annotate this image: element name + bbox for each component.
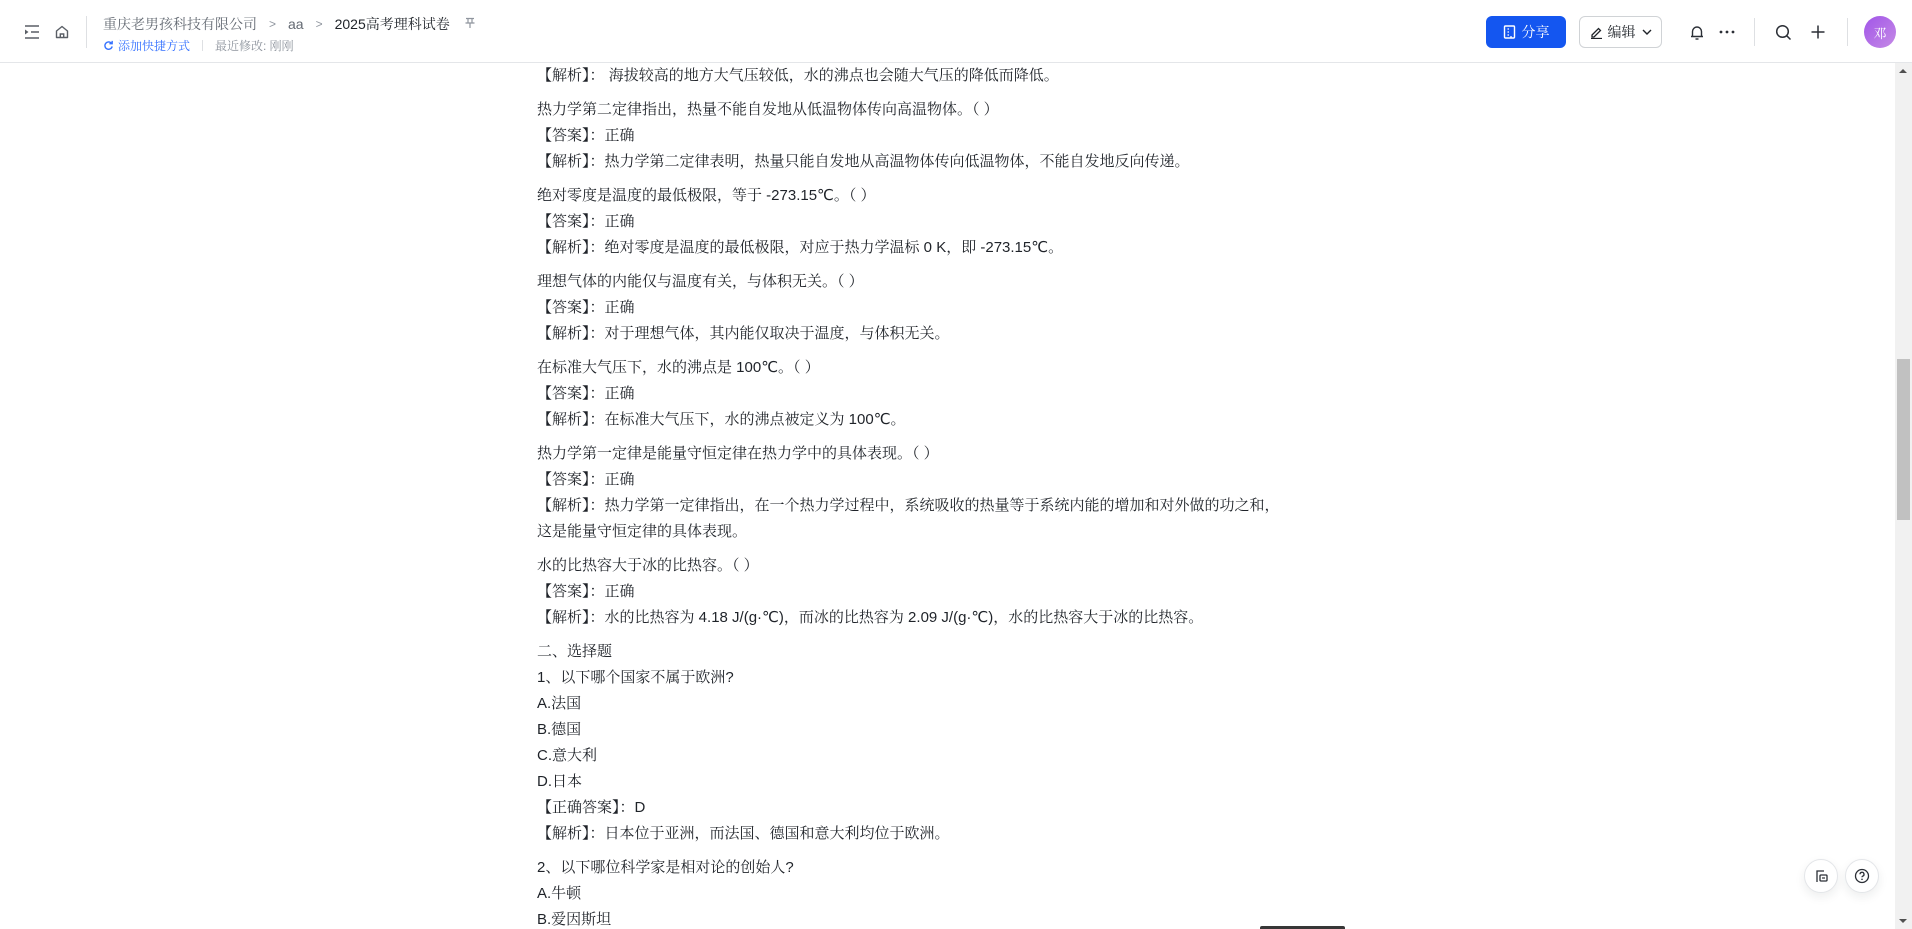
option: B.德国 xyxy=(537,717,1357,743)
answer-value: 正确 xyxy=(605,583,635,600)
answer-label: 【答案】： xyxy=(537,127,605,144)
divider xyxy=(86,16,87,48)
analysis-label: 【解析】： xyxy=(537,609,605,626)
last-modified: 最近修改: 刚刚 xyxy=(215,37,294,54)
help-icon xyxy=(1854,868,1870,884)
divider xyxy=(1754,18,1755,46)
option: D.日本 xyxy=(537,769,1357,795)
analysis-label: 【解析】： xyxy=(537,497,605,514)
chevron-down-icon xyxy=(1642,29,1652,35)
analysis-line: 【解析】：对于理想气体，其内能仅取决于温度，与体积无关。 xyxy=(537,321,1357,347)
sidebar-toggle-icon[interactable] xyxy=(20,20,44,44)
answer-value: 正确 xyxy=(605,471,635,488)
answer-line: 【答案】：正确 xyxy=(537,579,1357,605)
question-text: 绝对零度是温度的最低极限，等于 -273.15℃。（ ） xyxy=(537,183,1357,209)
chevron-right-icon: > xyxy=(316,17,323,31)
comment-doc-icon xyxy=(1814,869,1829,884)
analysis-text: 海拔较高的地方大气压较低，水的沸点也会随大气压的降低而降低。 xyxy=(609,67,1059,84)
answer-line: 【答案】：正确 xyxy=(537,381,1357,407)
analysis-label: 【解析】： xyxy=(537,153,605,170)
doc-meta: 添加快捷方式 最近修改: 刚刚 xyxy=(103,37,294,53)
edit-label: 编辑 xyxy=(1608,22,1636,42)
answer-label: 【答案】： xyxy=(537,583,605,600)
building-icon xyxy=(1503,25,1516,39)
home-icon[interactable] xyxy=(50,20,74,44)
answer-line: 【答案】：正确 xyxy=(537,123,1357,149)
analysis-line: 【解析】：绝对零度是温度的最低极限，对应于热力学温标 0 K，即 -273.15… xyxy=(537,235,1357,261)
analysis-label: 【解析】： xyxy=(537,411,605,428)
scroll-down-arrow-icon[interactable] xyxy=(1899,919,1907,923)
more-icon[interactable] xyxy=(1715,20,1739,44)
answer-line: 【答案】：正确 xyxy=(537,209,1357,235)
analysis-label: 【解析】： xyxy=(537,239,605,256)
correct-answer-label: 【正确答案】： xyxy=(537,799,635,816)
plus-icon[interactable] xyxy=(1806,20,1830,44)
add-shortcut-label: 添加快捷方式 xyxy=(118,37,190,54)
analysis-label: 【解析】： xyxy=(537,825,605,842)
answer-label: 【答案】： xyxy=(537,471,605,488)
document-title[interactable]: 2025高考理科试卷 xyxy=(335,14,450,34)
answer-label: 【答案】： xyxy=(537,213,605,230)
edit-button[interactable]: 编辑 xyxy=(1579,16,1662,48)
vertical-scrollbar[interactable] xyxy=(1895,63,1912,929)
pencil-icon xyxy=(1590,26,1603,39)
breadcrumb-item-folder[interactable]: aa xyxy=(288,16,304,32)
analysis-line: 【解析】：日本位于亚洲，而法国、德国和意大利均位于欧洲。 xyxy=(537,821,1357,847)
divider xyxy=(202,40,203,51)
analysis-text: 热力学第二定律表明，热量只能自发地从高温物体传向低温物体，不能自发地反向传递。 xyxy=(605,153,1190,170)
analysis-label: 【解析】： xyxy=(537,325,605,342)
question-text: 在标准大气压下，水的沸点是 100℃。（ ） xyxy=(537,355,1357,381)
chevron-right-icon: > xyxy=(269,17,276,31)
answer-value: 正确 xyxy=(605,127,635,144)
correct-answer-line: 【正确答案】：D xyxy=(537,795,1357,821)
question-text: 水的比热容大于冰的比热容。（ ） xyxy=(537,553,1357,579)
share-button[interactable]: 分享 xyxy=(1486,16,1566,48)
bell-icon[interactable] xyxy=(1685,20,1709,44)
top-bar: 重庆老男孩科技有限公司 > aa > 2025高考理科试卷 添加快捷方式 最近修… xyxy=(0,0,1912,63)
scroll-up-arrow-icon[interactable] xyxy=(1899,69,1907,73)
analysis-line: 【解析】：热力学第二定律表明，热量只能自发地从高温物体传向低温物体，不能自发地反… xyxy=(537,149,1357,175)
analysis-line: 【解析】： 海拔较高的地方大气压较低，水的沸点也会随大气压的降低而降低。 xyxy=(537,63,1357,89)
option: A.法国 xyxy=(537,691,1357,717)
option: C.意大利 xyxy=(537,743,1357,769)
comment-button[interactable] xyxy=(1804,859,1838,893)
question-text: 2、以下哪位科学家是相对论的创始人? xyxy=(537,855,1357,881)
divider xyxy=(1847,18,1848,46)
analysis-text: 绝对零度是温度的最低极限，对应于热力学温标 0 K，即 -273.15℃。 xyxy=(605,239,1064,256)
answer-label: 【答案】： xyxy=(537,299,605,316)
pin-icon[interactable] xyxy=(464,17,476,32)
breadcrumb-item-company[interactable]: 重庆老男孩科技有限公司 xyxy=(103,14,257,34)
option: B.爱因斯坦 xyxy=(537,907,1357,929)
analysis-text: 日本位于亚洲，而法国、德国和意大利均位于欧洲。 xyxy=(605,825,950,842)
share-label: 分享 xyxy=(1522,22,1550,42)
answer-line: 【答案】：正确 xyxy=(537,295,1357,321)
answer-label: 【答案】： xyxy=(537,385,605,402)
analysis-text: 在标准大气压下，水的沸点被定义为 100℃。 xyxy=(605,411,906,428)
section-heading: 二、选择题 xyxy=(537,639,1357,665)
answer-value: 正确 xyxy=(605,299,635,316)
option: A.牛顿 xyxy=(537,881,1357,907)
analysis-text: 水的比热容为 4.18 J/(g·℃)，而冰的比热容为 2.09 J/(g·℃)… xyxy=(605,609,1204,626)
avatar[interactable]: 邓 xyxy=(1864,16,1896,48)
scrollbar-thumb[interactable] xyxy=(1897,359,1910,520)
search-icon[interactable] xyxy=(1771,20,1795,44)
add-shortcut-link[interactable]: 添加快捷方式 xyxy=(103,37,190,54)
analysis-label: 【解析】： xyxy=(537,67,605,84)
analysis-line: 【解析】：水的比热容为 4.18 J/(g·℃)，而冰的比热容为 2.09 J/… xyxy=(537,605,1357,631)
analysis-line: 【解析】：热力学第一定律指出，在一个热力学过程中，系统吸收的热量等于系统内能的增… xyxy=(537,493,1357,519)
question-text: 热力学第二定律指出，热量不能自发地从低温物体传向高温物体。（ ） xyxy=(537,97,1357,123)
analysis-text: 对于理想气体，其内能仅取决于温度，与体积无关。 xyxy=(605,325,950,342)
help-button[interactable] xyxy=(1845,859,1879,893)
analysis-line: 【解析】：在标准大气压下，水的沸点被定义为 100℃。 xyxy=(537,407,1357,433)
answer-value: 正确 xyxy=(605,385,635,402)
breadcrumb: 重庆老男孩科技有限公司 > aa > 2025高考理科试卷 xyxy=(103,14,476,34)
answer-value: 正确 xyxy=(605,213,635,230)
question-text: 1、以下哪个国家不属于欧洲? xyxy=(537,665,1357,691)
question-text: 理想气体的内能仅与温度有关，与体积无关。（ ） xyxy=(537,269,1357,295)
correct-answer-value: D xyxy=(635,799,646,816)
question-text: 热力学第一定律是能量守恒定律在热力学中的具体表现。（ ） xyxy=(537,441,1357,467)
analysis-continuation: 这是能量守恒定律的具体表现。 xyxy=(537,519,1357,545)
shortcut-icon xyxy=(103,40,114,51)
answer-line: 【答案】：正确 xyxy=(537,467,1357,493)
document-content: 【解析】： 海拔较高的地方大气压较低，水的沸点也会随大气压的降低而降低。 热力学… xyxy=(537,63,1357,929)
analysis-text: 热力学第一定律指出，在一个热力学过程中，系统吸收的热量等于系统内能的增加和对外做… xyxy=(605,497,1280,514)
